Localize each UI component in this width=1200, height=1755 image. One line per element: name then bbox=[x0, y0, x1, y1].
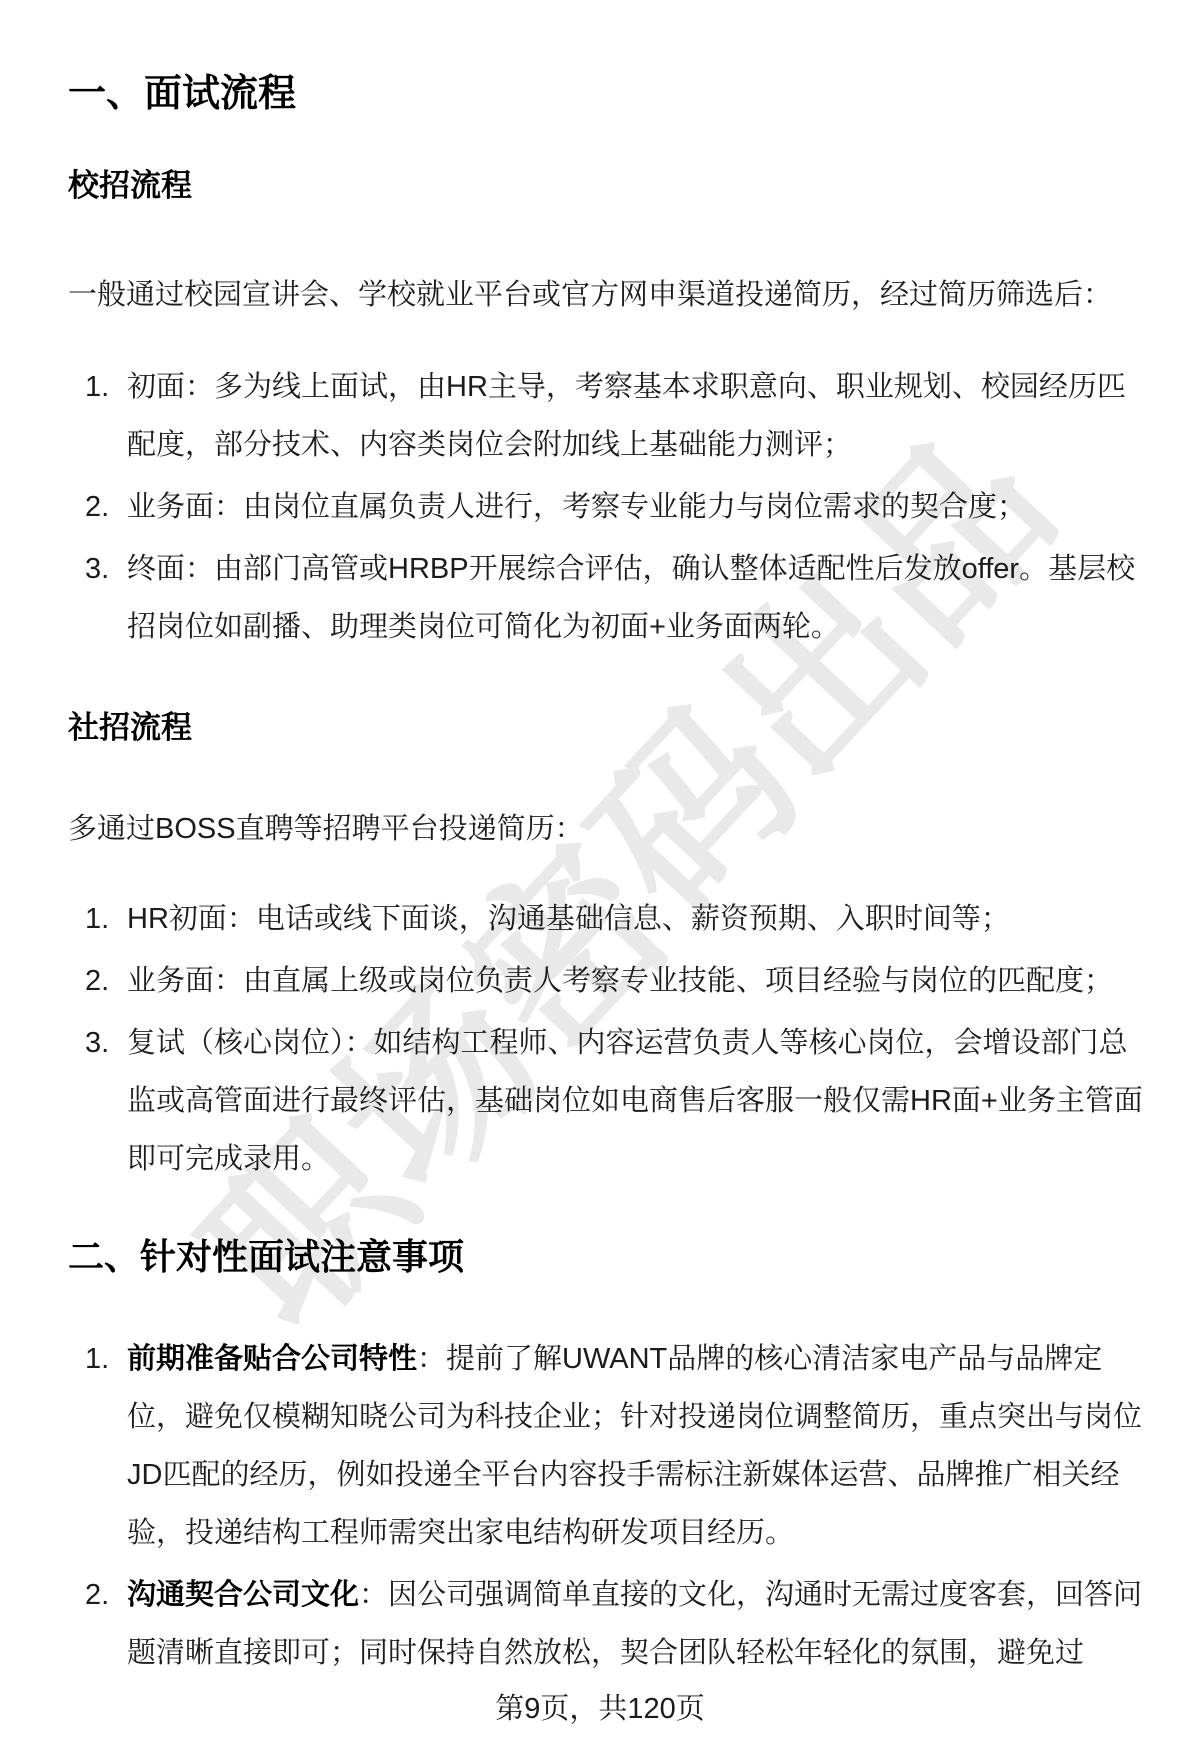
list-item-text: 初面：多为线上面试，由HR主导，考察基本求职意向、职业规划、校园经历匹配度，部分… bbox=[127, 358, 1145, 474]
social-intro: 多通过BOSS直聘等招聘平台投递简历： bbox=[68, 810, 1145, 848]
list-item-number: 1. bbox=[85, 890, 127, 948]
list-item-number: 2. bbox=[85, 952, 127, 1010]
list-item: 1. 初面：多为线上面试，由HR主导，考察基本求职意向、职业规划、校园经历匹配度… bbox=[68, 358, 1145, 474]
list-item: 3. 终面：由部门高管或HRBP开展综合评估，确认整体适配性后发放offer。基… bbox=[68, 540, 1145, 656]
list-item: 2. 业务面：由岗位直属负责人进行，考察专业能力与岗位需求的契合度； bbox=[68, 478, 1145, 536]
social-heading: 社招流程 bbox=[68, 708, 1145, 748]
notes-list: 1. 前期准备贴合公司特性：提前了解UWANT品牌的核心清洁家电产品与品牌定位，… bbox=[68, 1330, 1145, 1682]
list-item-text: 复试（核心岗位）：如结构工程师、内容运营负责人等核心岗位，会增设部门总监或高管面… bbox=[127, 1014, 1145, 1188]
section2-title: 二、针对性面试注意事项 bbox=[68, 1234, 1145, 1280]
list-item-number: 3. bbox=[85, 1014, 127, 1072]
page-footer: 第9页，共120页 bbox=[0, 1690, 1200, 1728]
list-item-text: 业务面：由岗位直属负责人进行，考察专业能力与岗位需求的契合度； bbox=[127, 478, 1145, 536]
section1-title: 一、面试流程 bbox=[68, 70, 1145, 118]
list-item: 3. 复试（核心岗位）：如结构工程师、内容运营负责人等核心岗位，会增设部门总监或… bbox=[68, 1014, 1145, 1188]
list-item-text: 前期准备贴合公司特性：提前了解UWANT品牌的核心清洁家电产品与品牌定位，避免仅… bbox=[127, 1330, 1145, 1562]
social-list: 1. HR初面：电话或线下面谈，沟通基础信息、薪资预期、入职时间等； 2. 业务… bbox=[68, 890, 1145, 1188]
list-item: 2. 沟通契合公司文化：因公司强调简单直接的文化，沟通时无需过度客套，回答问题清… bbox=[68, 1566, 1145, 1682]
list-item-number: 2. bbox=[85, 1566, 127, 1624]
list-item-text: 沟通契合公司文化：因公司强调简单直接的文化，沟通时无需过度客套，回答问题清晰直接… bbox=[127, 1566, 1145, 1682]
list-item-number: 2. bbox=[85, 478, 127, 536]
campus-heading: 校招流程 bbox=[68, 166, 1145, 206]
list-item: 1. HR初面：电话或线下面谈，沟通基础信息、薪资预期、入职时间等； bbox=[68, 890, 1145, 948]
campus-list: 1. 初面：多为线上面试，由HR主导，考察基本求职意向、职业规划、校园经历匹配度… bbox=[68, 358, 1145, 656]
list-item-number: 3. bbox=[85, 540, 127, 598]
list-item-number: 1. bbox=[85, 358, 127, 416]
document-content: 一、面试流程 校招流程 一般通过校园宣讲会、学校就业平台或官方网申渠道投递简历，… bbox=[0, 70, 1200, 1682]
list-item-text: 终面：由部门高管或HRBP开展综合评估，确认整体适配性后发放offer。基层校招… bbox=[127, 540, 1145, 656]
document-page: 职场密码出品 一、面试流程 校招流程 一般通过校园宣讲会、学校就业平台或官方网申… bbox=[0, 0, 1200, 1755]
campus-intro: 一般通过校园宣讲会、学校就业平台或官方网申渠道投递简历，经过简历筛选后： bbox=[68, 276, 1145, 314]
note-lead: 沟通契合公司文化 bbox=[127, 1579, 359, 1611]
list-item: 2. 业务面：由直属上级或岗位负责人考察专业技能、项目经验与岗位的匹配度； bbox=[68, 952, 1145, 1010]
list-item-text: 业务面：由直属上级或岗位负责人考察专业技能、项目经验与岗位的匹配度； bbox=[127, 952, 1145, 1010]
list-item: 1. 前期准备贴合公司特性：提前了解UWANT品牌的核心清洁家电产品与品牌定位，… bbox=[68, 1330, 1145, 1562]
note-lead: 前期准备贴合公司特性 bbox=[127, 1343, 417, 1375]
list-item-text: HR初面：电话或线下面谈，沟通基础信息、薪资预期、入职时间等； bbox=[127, 890, 1145, 948]
list-item-number: 1. bbox=[85, 1330, 127, 1388]
